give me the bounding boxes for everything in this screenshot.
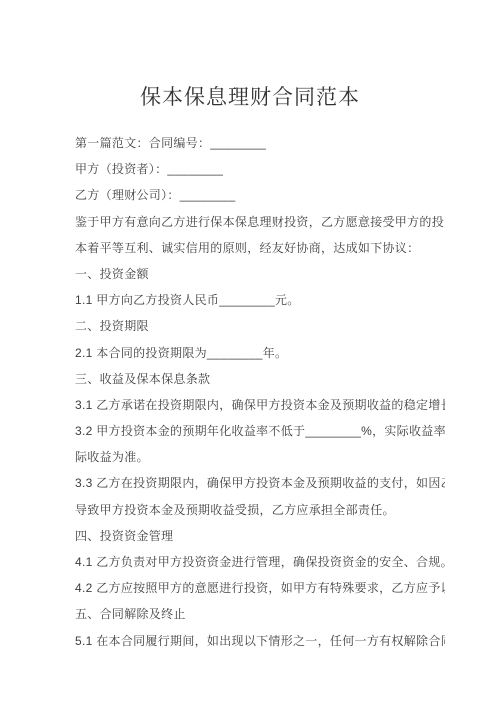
- document-line: 4.1 乙方负责对甲方投资资金进行管理，确保投资资金的安全、合规。: [75, 549, 445, 575]
- document-line: 3.2 甲方投资本金的预期年化收益率不低于________%，实际收益率以乙方实: [75, 418, 445, 444]
- document-body: 第一篇范文：合同编号：________甲方（投资者）：________乙方（理财…: [75, 130, 445, 654]
- document-line: 1.1 甲方向乙方投资人民币________元。: [75, 287, 445, 313]
- document-line: 本着平等互利、诚实信用的原则，经友好协商，达成如下协议：: [75, 235, 445, 261]
- document-line: 第一篇范文：合同编号：________: [75, 130, 445, 156]
- document-line: 3.1 乙方承诺在投资期限内，确保甲方投资本金及预期收益的稳定增长。: [75, 392, 445, 418]
- document-line: 4.2 乙方应按照甲方的意愿进行投资，如甲方有特殊要求，乙方应予以配合。: [75, 575, 445, 601]
- document-line: 一、投资金额: [75, 261, 445, 287]
- document-line: 鉴于甲方有意向乙方进行保本保息理财投资，乙方愿意接受甲方的投资，双方: [75, 209, 445, 235]
- document-line: 5.1 在本合同履行期间，如出现以下情形之一，任何一方有权解除合同：: [75, 628, 445, 654]
- document-line: 2.1 本合同的投资期限为________年。: [75, 340, 445, 366]
- document-line: 三、收益及保本保息条款: [75, 366, 445, 392]
- document-line: 3.3 乙方在投资期限内，确保甲方投资本金及预期收益的支付，如因乙方原因: [75, 470, 445, 496]
- document-line: 导致甲方投资本金及预期收益受损，乙方应承担全部责任。: [75, 497, 445, 523]
- document-line: 四、投资资金管理: [75, 523, 445, 549]
- document-page: 保本保息理财合同范本 第一篇范文：合同编号：________甲方（投资者）：__…: [0, 0, 500, 707]
- document-line: 际收益为准。: [75, 444, 445, 470]
- document-line: 二、投资期限: [75, 313, 445, 339]
- document-title: 保本保息理财合同范本: [0, 84, 500, 111]
- document-line: 五、合同解除及终止: [75, 601, 445, 627]
- document-line: 乙方（理财公司）：________: [75, 182, 445, 208]
- document-line: 甲方（投资者）：________: [75, 156, 445, 182]
